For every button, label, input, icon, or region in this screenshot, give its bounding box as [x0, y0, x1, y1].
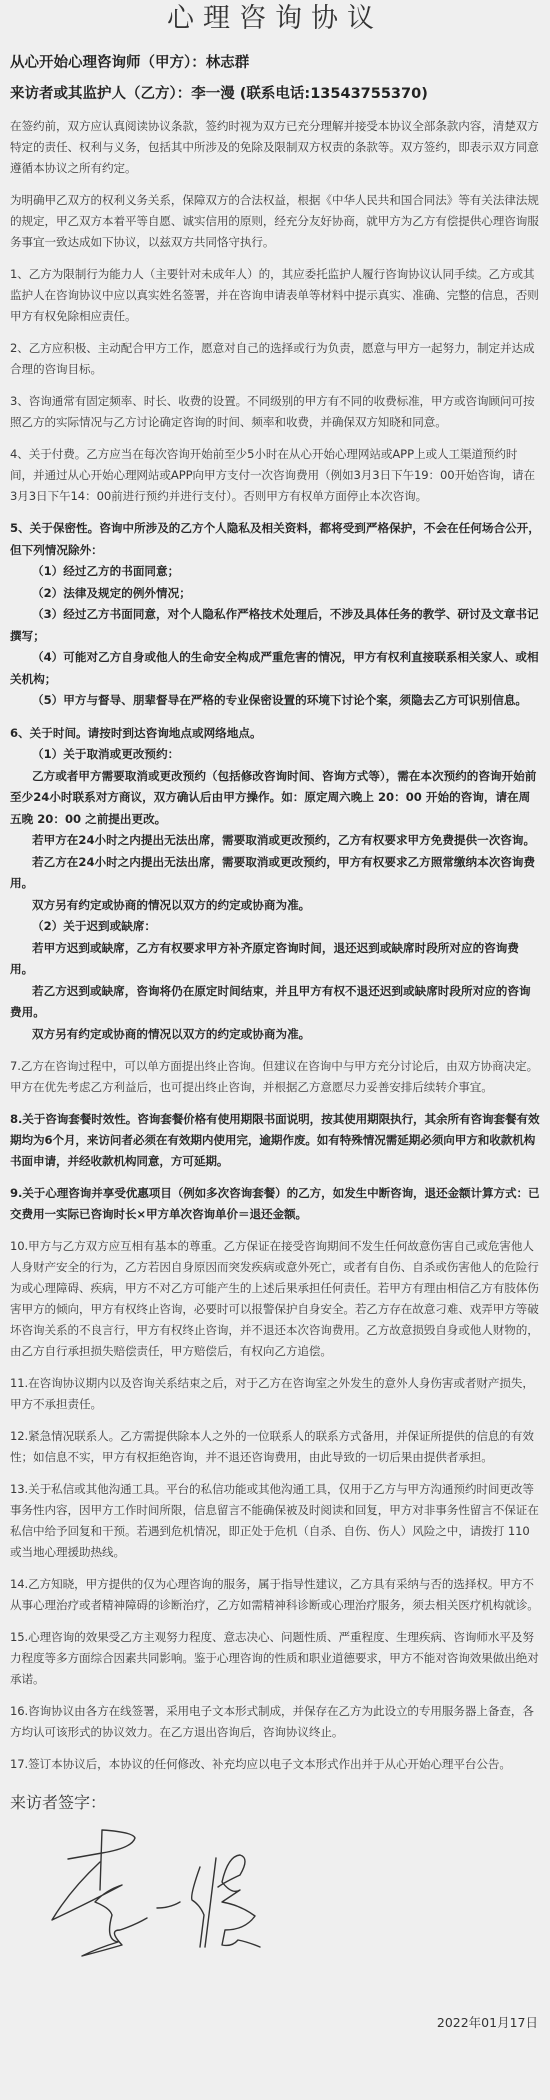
clause-6-line: 若甲方在24小时之内提出无法出席，需要取消或更改预约，乙方有权要求甲方免费提供一… [10, 830, 540, 852]
signature-image [0, 1790, 550, 1990]
clause-5-item: （2）法律及规定的例外情况； [10, 583, 540, 605]
clause-6: 6、关于时间。请按时到达咨询地点或网络地点。 （1）关于取消或更改预约： 乙方或… [10, 723, 540, 1046]
clause-6-sub1-title: （1）关于取消或更改预约： [10, 744, 540, 766]
clause-5-intro: 5、关于保密性。咨询中所涉及的乙方个人隐私及相关资料，都将受到严格保护，不会在任… [10, 518, 540, 561]
clause-10: 10.甲方与乙方双方应互相有基本的尊重。乙方保证在接受咨询期间不发生任何故意伤害… [10, 1236, 540, 1362]
clause-4: 4、关于付费。乙方应当在每次咨询开始前至少5小时在从心开始心理网站或APP上或人… [10, 444, 540, 507]
clause-15: 15.心理咨询的效果受乙方主观努力程度、意志决心、问题性质、严重程度、生理疾病、… [10, 1627, 540, 1690]
clause-6-line: 双方另有约定或协商的情况以双方的约定或协商为准。 [10, 895, 540, 917]
clause-3: 3、咨询通常有固定频率、时长、收费的设置。不同级别的甲方有不同的收费标准，甲方或… [10, 391, 540, 433]
clause-14: 14.乙方知晓，甲方提供的仅为心理咨询的服务，属于指导性建议，乙方具有采纳与否的… [10, 1574, 540, 1616]
clause-8: 8.关于咨询套餐时效性。咨询套餐价格有使用期限书面说明，按其使用期限执行，其余所… [10, 1109, 540, 1172]
clause-7: 7.乙方在咨询过程中，可以单方面提出终止咨询。但建议在咨询中与甲方充分讨论后，由… [10, 1056, 540, 1098]
clause-9: 9.关于心理咨询并享受优惠项目（例如多次咨询套餐）的乙方，如发生中断咨询，退还金… [10, 1183, 540, 1225]
clause-5-item: （4）可能对乙方自身或他人的生命安全构成严重危害的情况，甲方有权利直接联系相关家… [10, 647, 540, 690]
clause-12: 12.紧急情况联系人。乙方需提供除本人之外的一位联系人的联系方式备用，并保证所提… [10, 1426, 540, 1468]
clause-6-line: 若乙方迟到或缺席，咨询将仍在原定时间结束，并且甲方有权不退还迟到或缺席时段所对应… [10, 981, 540, 1024]
clause-5: 5、关于保密性。咨询中所涉及的乙方个人隐私及相关资料，都将受到严格保护，不会在任… [10, 518, 540, 712]
clause-6-intro: 6、关于时间。请按时到达咨询地点或网络地点。 [10, 723, 540, 745]
page-title: 心理咨询协议 [10, 0, 540, 38]
clause-1: 1、乙方为限制行为能力人（主要针对未成年人）的，其应委托监护人履行咨询协议认同手… [10, 264, 540, 327]
signing-date: 2022年01月17日 [437, 2013, 538, 2031]
intro-paragraph-2: 为明确甲乙双方的权利义务关系，保障双方的合法权益，根据《中华人民共和国合同法》等… [10, 190, 540, 253]
clause-5-item: （3）经过乙方书面同意，对个人隐私作严格技术处理后，不涉及具体任务的教学、研讨及… [10, 604, 540, 647]
party-b: 来访者或其监护人（乙方）：李一漫 (联系电话:13543755370) [10, 83, 540, 105]
intro-paragraph-1: 在签约前，双方应认真阅读协议条款，签约时视为双方已充分理解并接受本协议全部条款内… [10, 116, 540, 179]
clause-17: 17.签订本协议后，本协议的任何修改、补充均应以电子文本形式作出并于从心开始心理… [10, 1754, 540, 1775]
agreement-document: 心理咨询协议 从心开始心理咨询师（甲方）：林志群 来访者或其监护人（乙方）：李一… [0, 0, 550, 1815]
clause-11: 11.在咨询协议期内以及咨询关系结束之后，对于乙方在咨询室之外发生的意外人身伤害… [10, 1373, 540, 1415]
clause-6-line: 乙方或者甲方需要取消或更改预约（包括修改咨询时间、咨询方式等），需在本次预约的咨… [10, 766, 540, 831]
clause-6-line: 双方另有约定或协商的情况以双方的约定或协商为准。 [10, 1024, 540, 1046]
clause-6-sub2-title: （2）关于迟到或缺席： [10, 916, 540, 938]
party-a: 从心开始心理咨询师（甲方）：林志群 [10, 52, 540, 74]
clause-13: 13.关于私信或其他沟通工具。平台的私信功能或其他沟通工具，仅用于乙方与甲方沟通… [10, 1479, 540, 1563]
clause-5-item: （1）经过乙方的书面同意； [10, 561, 540, 583]
clause-2: 2、乙方应积极、主动配合甲方工作，愿意对自己的选择或行为负责，愿意与甲方一起努力… [10, 338, 540, 380]
clause-16: 16.咨询协议由各方在线签署，采用电子文本形式制成，并保存在乙方为此设立的专用服… [10, 1701, 540, 1743]
clause-6-line: 若乙方在24小时之内提出无法出席，需要取消或更改预约，甲方有权要求乙方照常缴纳本… [10, 852, 540, 895]
clause-6-line: 若甲方迟到或缺席，乙方有权要求甲方补齐原定咨询时间，退还迟到或缺席时段所对应的咨… [10, 938, 540, 981]
clause-5-item: （5）甲方与督导、朋辈督导在严格的专业保密设置的环境下讨论个案，须隐去乙方可识别… [10, 690, 540, 712]
